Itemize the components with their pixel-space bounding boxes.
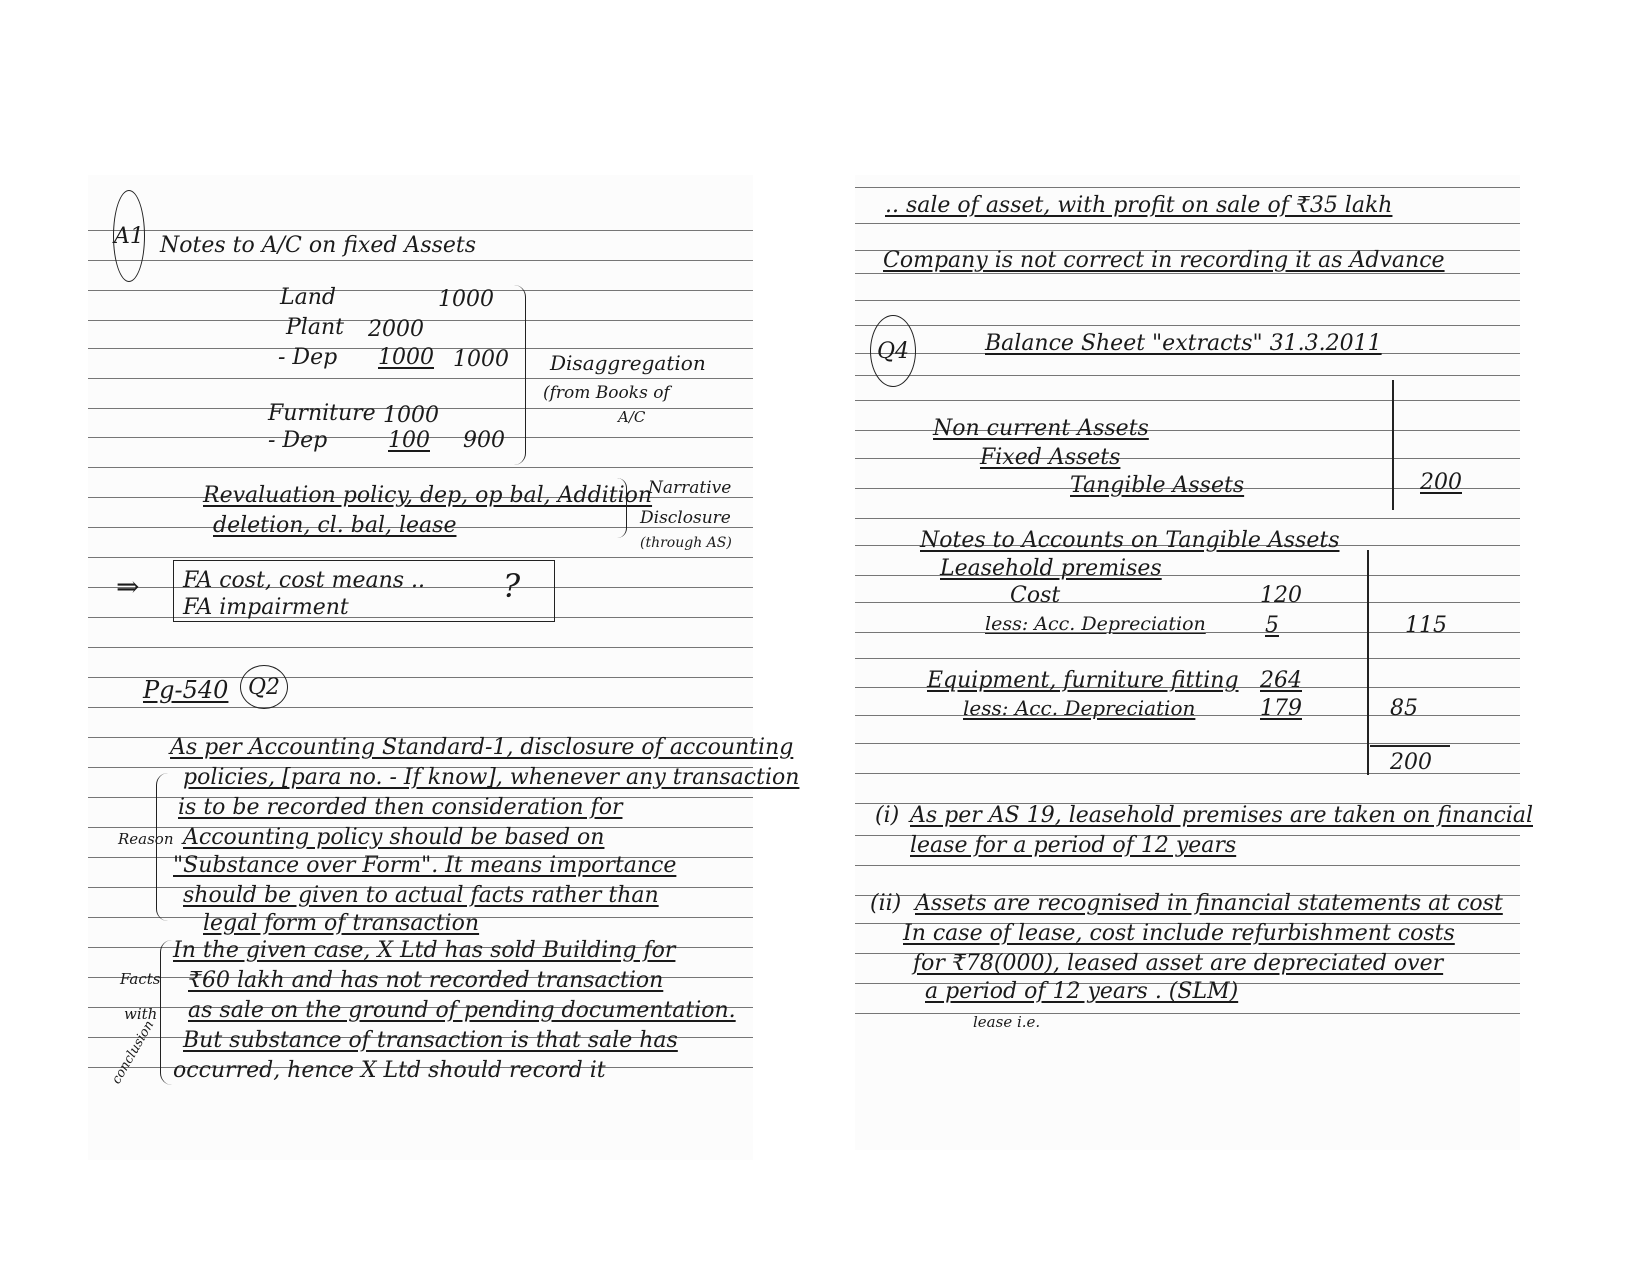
disaggregation-note: (from Books of [543, 385, 670, 402]
notes-title: Notes to Accounts on Tangible Assets [920, 530, 1339, 552]
left-notebook-page: A1 Notes to A/C on fixed Assets Land 100… [88, 175, 753, 1160]
side-label-facts: Facts [120, 970, 160, 988]
note-row-label: Equipment, furniture fitting [927, 670, 1239, 692]
note-row-amount: 179 [1260, 696, 1302, 721]
column-divider [1367, 550, 1369, 775]
side-label-with: with [124, 1005, 157, 1023]
question-badge: Q2 [240, 665, 288, 709]
continuation-line: Company is not correct in recording it a… [883, 250, 1445, 272]
asset-amount: 100 [388, 428, 430, 453]
disaggregation-note: Disaggregation [550, 353, 706, 373]
point-marker: (i) [875, 805, 899, 827]
continuation-line: .. sale of asset, with profit on sale of… [885, 195, 1392, 217]
point-line: As per AS 19, leasehold premises are tak… [910, 805, 1533, 827]
leasehold-label: Leasehold premises [940, 558, 1162, 580]
right-notebook-page: .. sale of asset, with profit on sale of… [855, 175, 1520, 1150]
asset-amount: 2000 [368, 317, 424, 342]
point-line: In case of lease, cost include refurbish… [903, 923, 1455, 945]
asset-label: - Dep [268, 430, 327, 452]
grand-total: 200 [1390, 750, 1432, 775]
narrative-note: Narrative [648, 478, 731, 498]
side-label-reason: Reason [118, 830, 174, 848]
question-mark: ? [503, 570, 520, 602]
right-brace [616, 478, 627, 538]
asset-label: Plant [286, 317, 344, 339]
bracket-line: FA impairment [183, 597, 349, 619]
bs-line: Non current Assets [933, 418, 1149, 440]
right-brace [513, 285, 526, 465]
asset-amount: 1000 [438, 287, 494, 312]
answer-line: In the given case, X Ltd has sold Buildi… [173, 940, 675, 962]
answer-line: "Substance over Form". It means importan… [173, 855, 676, 877]
asset-amount: 1000 [453, 347, 509, 372]
side-label-conclusion: conclusion [109, 1018, 157, 1086]
note-row-label: less: Acc. Depreciation [985, 615, 1206, 634]
answer-line: Accounting policy should be based on [183, 827, 604, 849]
section-title: Notes to A/C on fixed Assets [160, 235, 476, 257]
question-badge: Q4 [870, 315, 916, 387]
note-row-amount: 120 [1260, 583, 1302, 608]
note-row-label: less: Acc. Depreciation [963, 698, 1195, 718]
point-marker: (ii) [870, 893, 901, 915]
point-line: for ₹78(000), leased asset are depreciat… [913, 953, 1443, 975]
point-line: Assets are recognised in financial state… [915, 893, 1503, 915]
bs-line: Tangible Assets [1070, 475, 1244, 497]
asset-label: Land [280, 287, 336, 309]
answer-line: as sale on the ground of pending documen… [188, 1000, 736, 1022]
answer-line: But substance of transaction is that sal… [183, 1030, 678, 1052]
balance-sheet-title: Balance Sheet "extracts" 31.3.2011 [985, 333, 1382, 355]
bracket-line: FA cost, cost means .. [183, 570, 425, 592]
point-line: a period of 12 years . (SLM) [925, 981, 1238, 1003]
caret-note: lease i.e. [973, 1013, 1040, 1031]
page-reference: Pg-540 [143, 678, 228, 702]
point-line: lease for a period of 12 years [910, 835, 1236, 857]
disclosure-line: deletion, cl. bal, lease [213, 515, 456, 537]
note-row-net: 85 [1390, 696, 1418, 721]
asset-label: - Dep [278, 347, 337, 369]
answer-line: should be given to actual facts rather t… [183, 885, 659, 907]
total-rule [1370, 745, 1450, 747]
answer-line: As per Accounting Standard-1, disclosure… [170, 737, 793, 759]
narrative-note: (through AS) [640, 535, 732, 551]
answer-line: occurred, hence X Ltd should record it [173, 1060, 606, 1082]
asset-amount: 900 [463, 428, 505, 453]
asset-label: Furniture [268, 403, 376, 425]
answer-line: legal form of transaction [203, 913, 479, 935]
bs-line: Fixed Assets [980, 447, 1120, 469]
disclosure-line: Revaluation policy, dep, op bal, Additio… [203, 485, 652, 507]
column-divider [1392, 380, 1394, 510]
arrow-icon: ⇒ [116, 573, 139, 601]
note-row-amount: 5 [1265, 613, 1279, 638]
answer-line: is to be recorded then consideration for [178, 797, 622, 819]
note-row-amount: 264 [1260, 668, 1302, 693]
note-row-net: 115 [1405, 613, 1447, 638]
answer-line: ₹60 lakh and has not recorded transactio… [188, 970, 663, 992]
note-row-label: Cost [1010, 585, 1060, 607]
narrative-note: Disclosure [640, 508, 731, 528]
asset-amount: 1000 [383, 403, 439, 428]
question-badge: A1 [113, 190, 145, 282]
bs-total: 200 [1420, 470, 1462, 495]
asset-amount: 1000 [378, 345, 434, 370]
facts-brace [160, 940, 173, 1085]
disaggregation-note: A/C [618, 410, 645, 425]
answer-line: policies, [para no. - If know], whenever… [183, 767, 799, 789]
